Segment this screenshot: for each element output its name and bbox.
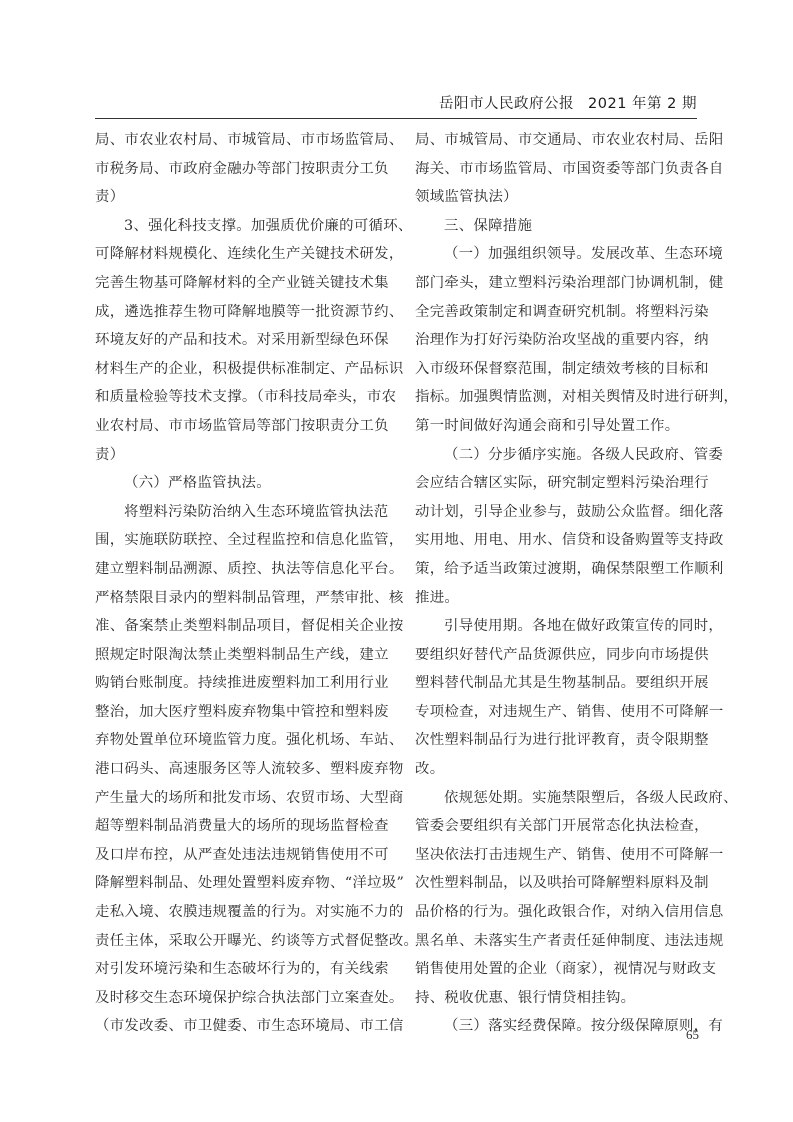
- text-line: 改。: [415, 755, 699, 784]
- text-line: 销售使用处置的企业（商家），视情况与财政支: [415, 955, 699, 984]
- text-line: 建立塑料制品溯源、质控、执法等信息化平台。: [95, 555, 387, 584]
- text-line: （三）落实经费保障。按分级保障原则，有: [415, 1012, 699, 1041]
- text-line: 整治，加大医疗塑料废弃物集中管控和塑料废: [95, 698, 387, 727]
- text-line: 持、税收优惠、银行情贷相挂钩。: [415, 984, 699, 1013]
- text-line: （六）严格监管执法。: [95, 469, 387, 498]
- text-line: 将塑料污染防治纳入生态环境监管执法范: [95, 498, 387, 527]
- publication-title: 岳阳市人民政府公报: [439, 96, 574, 112]
- text-line: 领域监管执法）: [415, 183, 699, 212]
- text-line: 可降解材料规模化、连续化生产关键技术研发，: [95, 240, 387, 269]
- header-divider: [95, 118, 697, 119]
- text-line: 围，实施联防联控、全过程监控和信息化监管，: [95, 526, 387, 555]
- text-line: 和质量检验等技术支撑。（市科技局牵头，市农: [95, 383, 387, 412]
- text-line: 部门牵头，建立塑料污染治理部门协调机制，健: [415, 269, 699, 298]
- text-line: （二）分步循序实施。各级人民政府、管委: [415, 441, 699, 470]
- publication-header: 岳阳市人民政府公报2021 年第 2 期: [439, 92, 697, 113]
- text-line: 要组织好替代产品货源供应，同步向市场提供: [415, 641, 699, 670]
- text-line: 弃物处置单位环境监管力度。强化机场、车站、: [95, 726, 387, 755]
- text-line: 引导使用期。各地在做好政策宣传的同时，: [415, 612, 699, 641]
- text-line: 港口码头、高速服务区等人流较多、塑料废弃物: [95, 755, 387, 784]
- text-line: 市税务局、市政府金融办等部门按职责分工负: [95, 155, 387, 184]
- text-line: 品价格的行为。强化政银合作，对纳入信用信息: [415, 898, 699, 927]
- text-line: 局、市城管局、市交通局、市农业农村局、岳阳: [415, 126, 699, 155]
- text-line: 三、保障措施: [415, 212, 699, 241]
- text-line: 塑料替代制品尤其是生物基制品。要组织开展: [415, 669, 699, 698]
- text-line: （市发改委、市卫健委、市生态环境局、市工信: [95, 1012, 387, 1041]
- text-line: 环境友好的产品和技术。对采用新型绿色环保: [95, 326, 387, 355]
- text-line: 走私入境、农膜违规覆盖的行为。对实施不力的: [95, 898, 387, 927]
- page-number: 65: [686, 1027, 699, 1043]
- text-line: 责）: [95, 183, 387, 212]
- text-line: 坚决依法打击违规生产、销售、使用不可降解一: [415, 841, 699, 870]
- text-line: 黑名单、未落实生产者责任延伸制度、违法违规: [415, 927, 699, 956]
- text-line: 及口岸布控，从严查处违法违规销售使用不可: [95, 841, 387, 870]
- text-line: 业农村局、市市场监管局等部门按职责分工负: [95, 412, 387, 441]
- text-line: 次性塑料制品行为进行批评教育，责令限期整: [415, 726, 699, 755]
- text-line: 成，遴选推荐生物可降解地膜等一批资源节约、: [95, 298, 387, 327]
- text-line: 照规定时限淘汰禁止类塑料制品生产线，建立: [95, 641, 387, 670]
- left-column: 局、市农业农村局、市城管局、市市场监管局、市税务局、市政府金融办等部门按职责分工…: [95, 126, 387, 1041]
- text-line: 责任主体，采取公开曝光、约谈等方式督促整改。: [95, 927, 387, 956]
- text-line: 超等塑料制品消费量大的场所的现场监督检查: [95, 812, 387, 841]
- text-line: 严格禁限目录内的塑料制品管理，严禁审批、核: [95, 584, 387, 613]
- text-line: 降解塑料制品、处理处置塑料废弃物、“洋垃圾”: [95, 869, 387, 898]
- text-line: 实用地、用电、用水、信贷和设备购置等支持政: [415, 526, 699, 555]
- text-line: 专项检查，对违规生产、销售、使用不可降解一: [415, 698, 699, 727]
- text-line: 局、市农业农村局、市城管局、市市场监管局、: [95, 126, 387, 155]
- text-line: 指标。加强舆情监测，对相关舆情及时进行研判，: [415, 383, 699, 412]
- text-line: 产生量大的场所和批发市场、农贸市场、大型商: [95, 784, 387, 813]
- text-line: 材料生产的企业，积极提供标准制定、产品标识: [95, 355, 387, 384]
- text-line: 对引发环境污染和生态破坏行为的，有关线索: [95, 955, 387, 984]
- text-line: 会应结合辖区实际，研究制定塑料污染治理行: [415, 469, 699, 498]
- text-line: 准、备案禁止类塑料制品项目，督促相关企业按: [95, 612, 387, 641]
- text-line: 购销台账制度。持续推进废塑料加工利用行业: [95, 669, 387, 698]
- text-line: 责）: [95, 441, 387, 470]
- text-line: 3、强化科技支撑。加强质优价廉的可循环、: [95, 212, 387, 241]
- text-line: 治理作为打好污染防治攻坚战的重要内容，纳: [415, 326, 699, 355]
- text-line: 完善生物基可降解材料的全产业链关键技术集: [95, 269, 387, 298]
- text-line: 入市级环保督察范围，制定绩效考核的目标和: [415, 355, 699, 384]
- text-line: 动计划，引导企业参与，鼓励公众监督。细化落: [415, 498, 699, 527]
- text-line: 次性塑料制品，以及哄抬可降解塑料原料及制: [415, 869, 699, 898]
- text-line: 推进。: [415, 584, 699, 613]
- text-line: 策，给予适当政策过渡期，确保禁限塑工作顺利: [415, 555, 699, 584]
- text-line: （一）加强组织领导。发展改革、生态环境: [415, 240, 699, 269]
- text-line: 全完善政策制定和调查研究机制。将塑料污染: [415, 298, 699, 327]
- text-line: 管委会要组织有关部门开展常态化执法检查，: [415, 812, 699, 841]
- text-line: 第一时间做好沟通会商和引导处置工作。: [415, 412, 699, 441]
- text-line: 海关、市市场监管局、市国资委等部门负责各自: [415, 155, 699, 184]
- text-line: 依规惩处期。实施禁限塑后，各级人民政府、: [415, 784, 699, 813]
- text-line: 及时移交生态环境保护综合执法部门立案查处。: [95, 984, 387, 1013]
- issue-number: 2021 年第 2 期: [588, 96, 697, 112]
- right-column: 局、市城管局、市交通局、市农业农村局、岳阳海关、市市场监管局、市国资委等部门负责…: [415, 126, 699, 1041]
